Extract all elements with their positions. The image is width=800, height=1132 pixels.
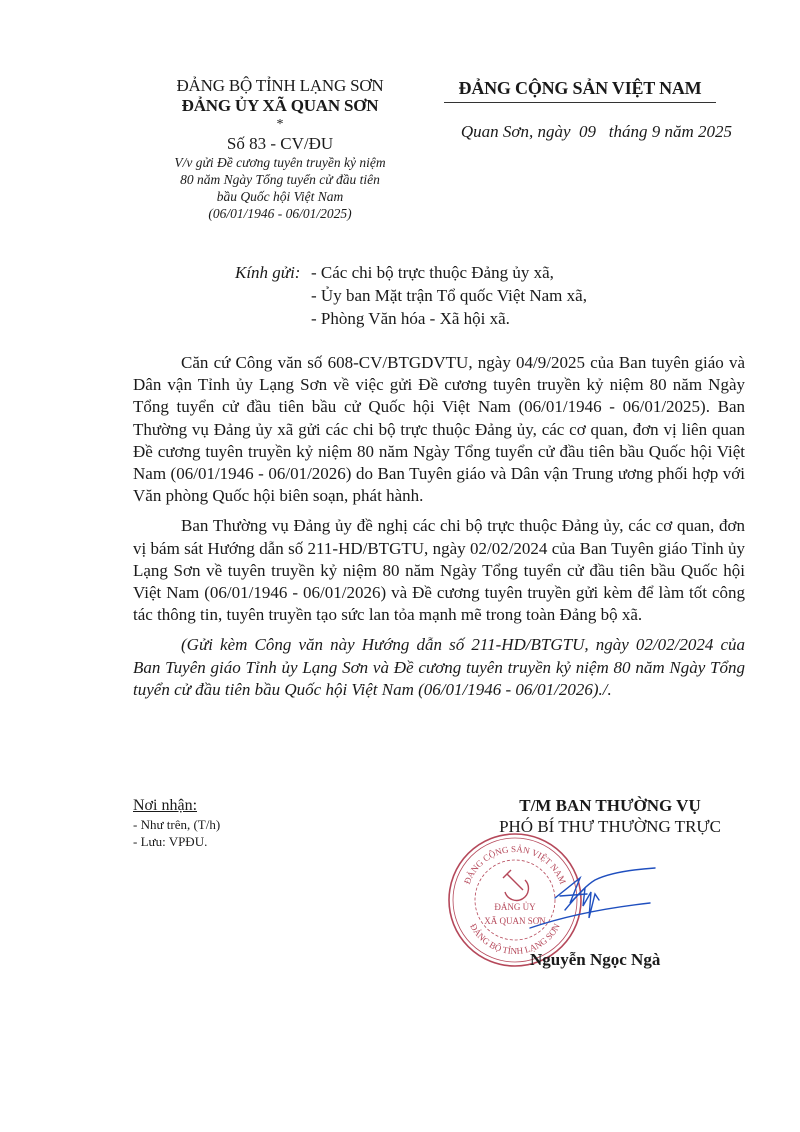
- subject-line: (06/01/1946 - 06/01/2025): [140, 205, 420, 222]
- recipient-item: - Các chi bộ trực thuộc Đảng ủy xã,: [311, 263, 554, 282]
- recipient-item: - Phòng Văn hóa - Xã hội xã.: [311, 309, 510, 328]
- national-header-block: ĐẢNG CỘNG SẢN VIỆT NAM: [430, 76, 730, 103]
- receiver-item: - Lưu: VPĐU.: [133, 833, 373, 850]
- issuing-authority-block: ĐẢNG BỘ TỈNH LẠNG SƠN ĐẢNG ỦY XÃ QUAN SƠ…: [140, 76, 420, 222]
- receiver-item: - Như trên, (T/h): [133, 816, 373, 833]
- parent-organization: ĐẢNG BỘ TỈNH LẠNG SƠN: [140, 76, 420, 96]
- recipient-item: - Ủy ban Mặt trận Tổ quốc Việt Nam xã,: [311, 286, 587, 305]
- body-paragraph: Căn cứ Công văn số 608-CV/BTGDVTU, ngày …: [133, 352, 745, 507]
- handwritten-signature-icon: [525, 858, 665, 938]
- issuing-organization: ĐẢNG ỦY XÃ QUAN SƠN: [140, 96, 420, 116]
- subject-line: bầu Quốc hội Việt Nam: [140, 188, 420, 205]
- receivers-block: Nơi nhận: - Như trên, (T/h) - Lưu: VPĐU.: [133, 796, 373, 850]
- document-number: Số 83 - CV/ĐU: [140, 134, 420, 154]
- signer-name: Nguyễn Ngọc Ngà: [530, 950, 660, 970]
- recipients-label: Kính gửi:: [235, 261, 311, 284]
- on-behalf-title: T/M BAN THƯỜNG VỤ: [470, 795, 750, 816]
- body-paragraph: Ban Thường vụ Đảng ủy đề nghị các chi bộ…: [133, 515, 745, 626]
- subject-line: V/v gửi Đề cương tuyên truyền kỷ niệm: [140, 154, 420, 171]
- party-name: ĐẢNG CỘNG SẢN VIỆT NAM: [430, 76, 730, 100]
- recipients-block: Kính gửi:- Các chi bộ trực thuộc Đảng ủy…: [235, 261, 587, 330]
- attachment-note: (Gửi kèm Công văn này Hướng dẫn số 211-H…: [133, 634, 745, 701]
- receivers-title: Nơi nhận:: [133, 796, 373, 816]
- subject-line: 80 năm Ngày Tổng tuyển cử đầu tiên: [140, 171, 420, 188]
- document-body: Căn cứ Công văn số 608-CV/BTGDVTU, ngày …: [133, 352, 745, 709]
- header-underline: [444, 102, 716, 103]
- place-and-date: Quan Sơn, ngày 09 tháng 9 năm 2025: [432, 122, 732, 142]
- star-separator: *: [140, 118, 420, 132]
